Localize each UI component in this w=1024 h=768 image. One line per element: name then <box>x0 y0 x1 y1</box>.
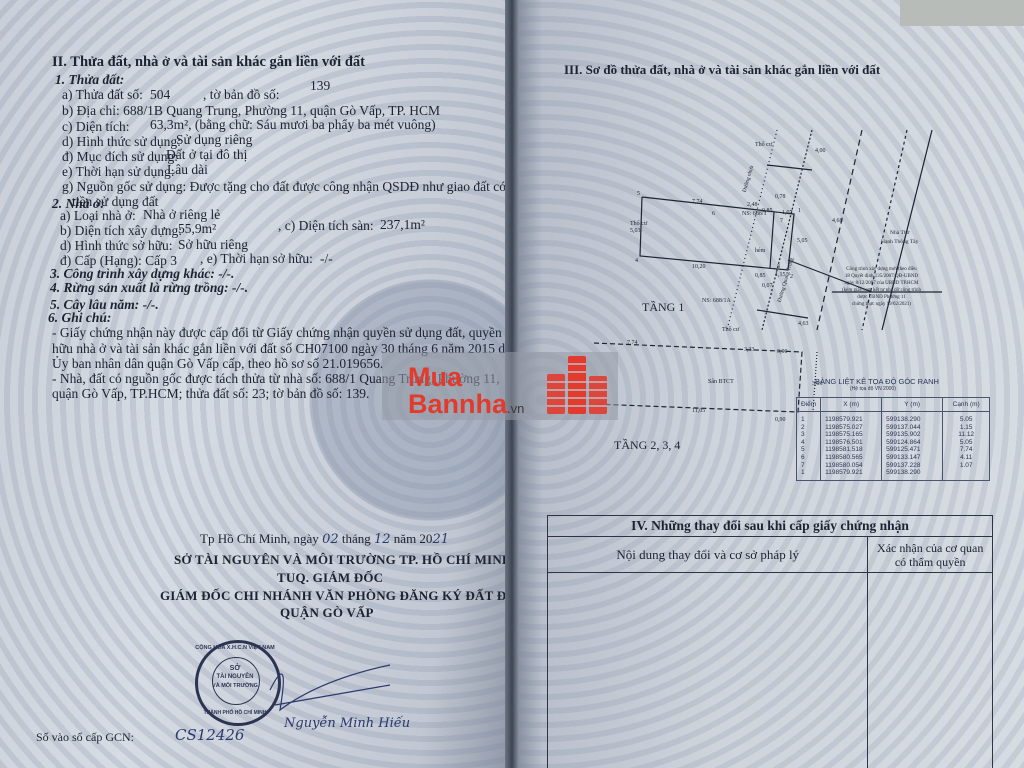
col-y: Y (m) <box>882 398 943 412</box>
land-term-label: e) Thời hạn sử dụng: <box>62 164 174 180</box>
dim-top-2: 2,48 <box>747 202 758 208</box>
coord-row: 31198575.165599135.90211.12 <box>797 431 990 439</box>
point-6: 6 <box>712 211 715 217</box>
dim-upper-5: 0,90 <box>775 417 786 423</box>
date-month: 12 <box>374 532 391 547</box>
land-term-value: Lâu dài <box>167 162 208 178</box>
coord-point: 7 <box>797 462 821 470</box>
changes-confirmation-cell <box>868 573 993 768</box>
coord-y: 599135.902 <box>882 431 943 439</box>
changes-col-confirmation: Xác nhận của cơ quan có thẩm quyền <box>868 537 993 573</box>
house-ownership-label: d) Hình thức sở hữu: <box>60 238 173 254</box>
changes-col-content: Nội dung thay đổi và cơ sở pháp lý <box>548 537 868 573</box>
coord-point: 4 <box>797 439 821 447</box>
coord-y: 599137.228 <box>882 462 943 470</box>
coord-point: 6 <box>797 454 821 462</box>
dim-bottom-3: 1,15 <box>775 272 786 278</box>
point-1: 1 <box>798 208 801 214</box>
watermark-suffix: .vn <box>507 401 524 416</box>
dim-upper-4: 11,05 <box>692 408 705 414</box>
land-heading: 1. Thửa đất: <box>55 72 124 88</box>
coord-edge: 1.07 <box>943 462 990 470</box>
dim-top-3: 0,85 <box>762 208 773 214</box>
house-ownership-term-label: , e) Thời hạn sở hữu: <box>200 251 313 267</box>
land-area-label: c) Diện tích: <box>62 119 129 135</box>
notes-heading: 6. Ghi chú: <box>48 310 111 326</box>
coord-edge: 7.74 <box>943 446 990 454</box>
watermark-line-1: Mua <box>408 364 462 390</box>
coord-x: 1198580.565 <box>821 454 882 462</box>
register-value: CS12426 <box>175 727 244 743</box>
watermark-line-2: Bannha.vn <box>408 391 524 422</box>
dim-upper-1: 7,74 <box>627 340 638 346</box>
coord-x: 1198579.921 <box>821 412 882 424</box>
issuing-org: SỞ TÀI NGUYÊN VÀ MÔI TRƯỜNG TP. HỒ CHÍ M… <box>174 552 512 568</box>
land-purpose-value: Đất ở tại đô thị <box>166 147 247 163</box>
coord-point: 1 <box>797 412 821 424</box>
date-year-suffix: 21 <box>432 532 449 547</box>
coord-x: 1198575.027 <box>821 424 882 432</box>
land-area-value: 63,3m², (bằng chữ: Sáu mươi ba phẩy ba m… <box>150 117 436 133</box>
confirmation-line-1: Xác nhận của cơ quan <box>869 541 991 555</box>
coord-edge <box>943 469 990 480</box>
coord-point: 3 <box>797 431 821 439</box>
signer-title-1: GIÁM ĐỐC CHI NHÁNH VĂN PHÒNG ĐĂNG KÝ ĐẤT… <box>160 588 512 604</box>
land-parcel-value: 504 <box>150 87 170 103</box>
coord-row: 61198580.565599133.1474.11 <box>797 454 990 462</box>
dim-upper-3: 0,90 <box>777 349 788 355</box>
dim-side-1: 5,05 <box>797 238 808 244</box>
col-edge: Cạnh (m) <box>943 398 990 412</box>
coord-edge: 11.12 <box>943 431 990 439</box>
point-7: 7 <box>780 218 783 224</box>
coord-row: 11198579.921599138.2905.05 <box>797 412 990 424</box>
section-ii-title: II. Thửa đất, nhà ở và tài sản khác gắn … <box>52 54 365 70</box>
coord-row: 21198575.027599137.0441.15 <box>797 424 990 432</box>
land-purpose-label: đ) Mục đích sử dụng: <box>62 149 178 165</box>
land-use-form-value: Sử dụng riêng <box>176 132 252 148</box>
coord-row: 51198581.518599125.4717.74 <box>797 446 990 454</box>
coord-table-title: BẢNG LIỆT KÊ TỌA ĐỘ GÓC RANH <box>815 377 939 386</box>
point-3: 3 <box>777 264 780 270</box>
coord-edge: 1.15 <box>943 424 990 432</box>
coord-y: 599133.147 <box>882 454 943 462</box>
land-use-form-label: d) Hình thức sử dụng: <box>62 134 181 150</box>
date-year-label: năm 20 <box>394 531 433 546</box>
coord-edge: 4.11 <box>943 454 990 462</box>
register-label: Số vào sổ cấp GCN: <box>36 729 134 745</box>
house-build-area-label: b) Diện tích xây dựng: <box>60 223 182 239</box>
col-point: Điểm <box>797 398 821 412</box>
date-month-label: tháng <box>342 531 371 546</box>
notes-line-1: - Giấy chứng nhận này được cấp đổi từ Gi… <box>52 325 512 341</box>
notes-line-5: quận Gò Vấp, TP.HCM; thửa đất số: 23; tờ… <box>52 386 369 402</box>
dim-road-2: 4,68 <box>832 218 843 224</box>
point-5: 5 <box>637 191 640 197</box>
house-ownership-term-value: -/- <box>320 251 333 267</box>
production-forest: 4. Rừng sản xuất là rừng trồng: -/-. <box>50 280 248 296</box>
coordinate-table: Điểm X (m) Y (m) Cạnh (m) 11198579.92159… <box>796 397 990 481</box>
coord-table-subtitle: (Hệ tọa độ VN 2000) <box>850 386 896 392</box>
coord-y: 599138.290 <box>882 412 943 424</box>
dim-bottom-4: 0,07 <box>762 283 773 289</box>
date-day: 02 <box>322 532 339 547</box>
coord-point: 1 <box>797 469 821 480</box>
dim-road-3: 4,63 <box>798 321 809 327</box>
point-4: 4 <box>635 258 638 264</box>
dim-road-1: 4,00 <box>815 148 826 154</box>
coord-y: 599138.290 <box>882 469 943 480</box>
land-origin: g) Nguồn gốc sử dụng: Được tặng cho đất … <box>62 179 512 195</box>
coord-x: 1198576.501 <box>821 439 882 447</box>
watermark-brand: Bannha <box>408 389 507 419</box>
house-build-area-value: 55,9m² <box>178 221 216 237</box>
coord-edge: 5.05 <box>943 412 990 424</box>
dim-bottom-1: 10,20 <box>692 264 706 270</box>
house-type-label: a) Loại nhà ở: <box>60 208 136 224</box>
changes-table: IV. Những thay đổi sau khi cấp giấy chứn… <box>547 515 993 768</box>
dim-top-5: 1,07 <box>782 210 793 216</box>
coord-y: 599125.471 <box>882 446 943 454</box>
coord-row: 41198576.501599124.8645.05 <box>797 439 990 447</box>
changes-content-cell <box>548 573 868 768</box>
coord-y: 599124.864 <box>882 439 943 447</box>
coord-x: 1198575.165 <box>821 431 882 439</box>
coord-x: 1198579.921 <box>821 469 882 480</box>
signer-title-2: QUẬN GÒ VẤP <box>280 605 374 621</box>
coord-edge: 5.05 <box>943 439 990 447</box>
date-prefix: Tp Hồ Chí Minh, ngày <box>200 531 319 546</box>
point-2: 2 <box>790 274 793 280</box>
dim-upper-2: 3,33 <box>744 347 755 353</box>
coord-row: 71198580.054599137.2281.07 <box>797 462 990 470</box>
coord-point: 2 <box>797 424 821 432</box>
land-parcel-label: a) Thửa đất số: <box>62 87 143 103</box>
coord-y: 599137.044 <box>882 424 943 432</box>
confirmation-line-2: có thẩm quyền <box>869 555 991 569</box>
signer-name: Nguyễn Minh Hiếu <box>284 716 410 732</box>
changes-title: IV. Những thay đổi sau khi cấp giấy chứn… <box>548 516 993 537</box>
authorization: TUQ. GIÁM ĐỐC <box>277 570 383 586</box>
dim-left: 5,03 <box>630 228 641 234</box>
col-x: X (m) <box>821 398 882 412</box>
house-floor-area-label: , c) Diện tích sàn: <box>278 218 374 234</box>
map-sheet-value: 139 <box>310 78 330 94</box>
coord-point: 5 <box>797 446 821 454</box>
map-sheet-label: , tờ bản đồ số: <box>203 87 280 103</box>
dim-top-1: 7,74 <box>692 199 703 205</box>
notes-line-3: Ủy ban nhân dân quận Gò Vấp cấp, theo hồ… <box>52 356 383 372</box>
dim-bottom-2: 0,85 <box>755 273 766 279</box>
dim-top-4: 0,78 <box>775 194 786 200</box>
coord-x: 1198580.054 <box>821 462 882 470</box>
building-logo-icon <box>545 354 609 416</box>
signing-date: Tp Hồ Chí Minh, ngày 02 tháng 12 năm 202… <box>200 531 449 548</box>
coord-x: 1198581.518 <box>821 446 882 454</box>
house-floor-area-value: 237,1m² <box>380 217 425 233</box>
coord-row: 11198579.921599138.290 <box>797 469 990 480</box>
